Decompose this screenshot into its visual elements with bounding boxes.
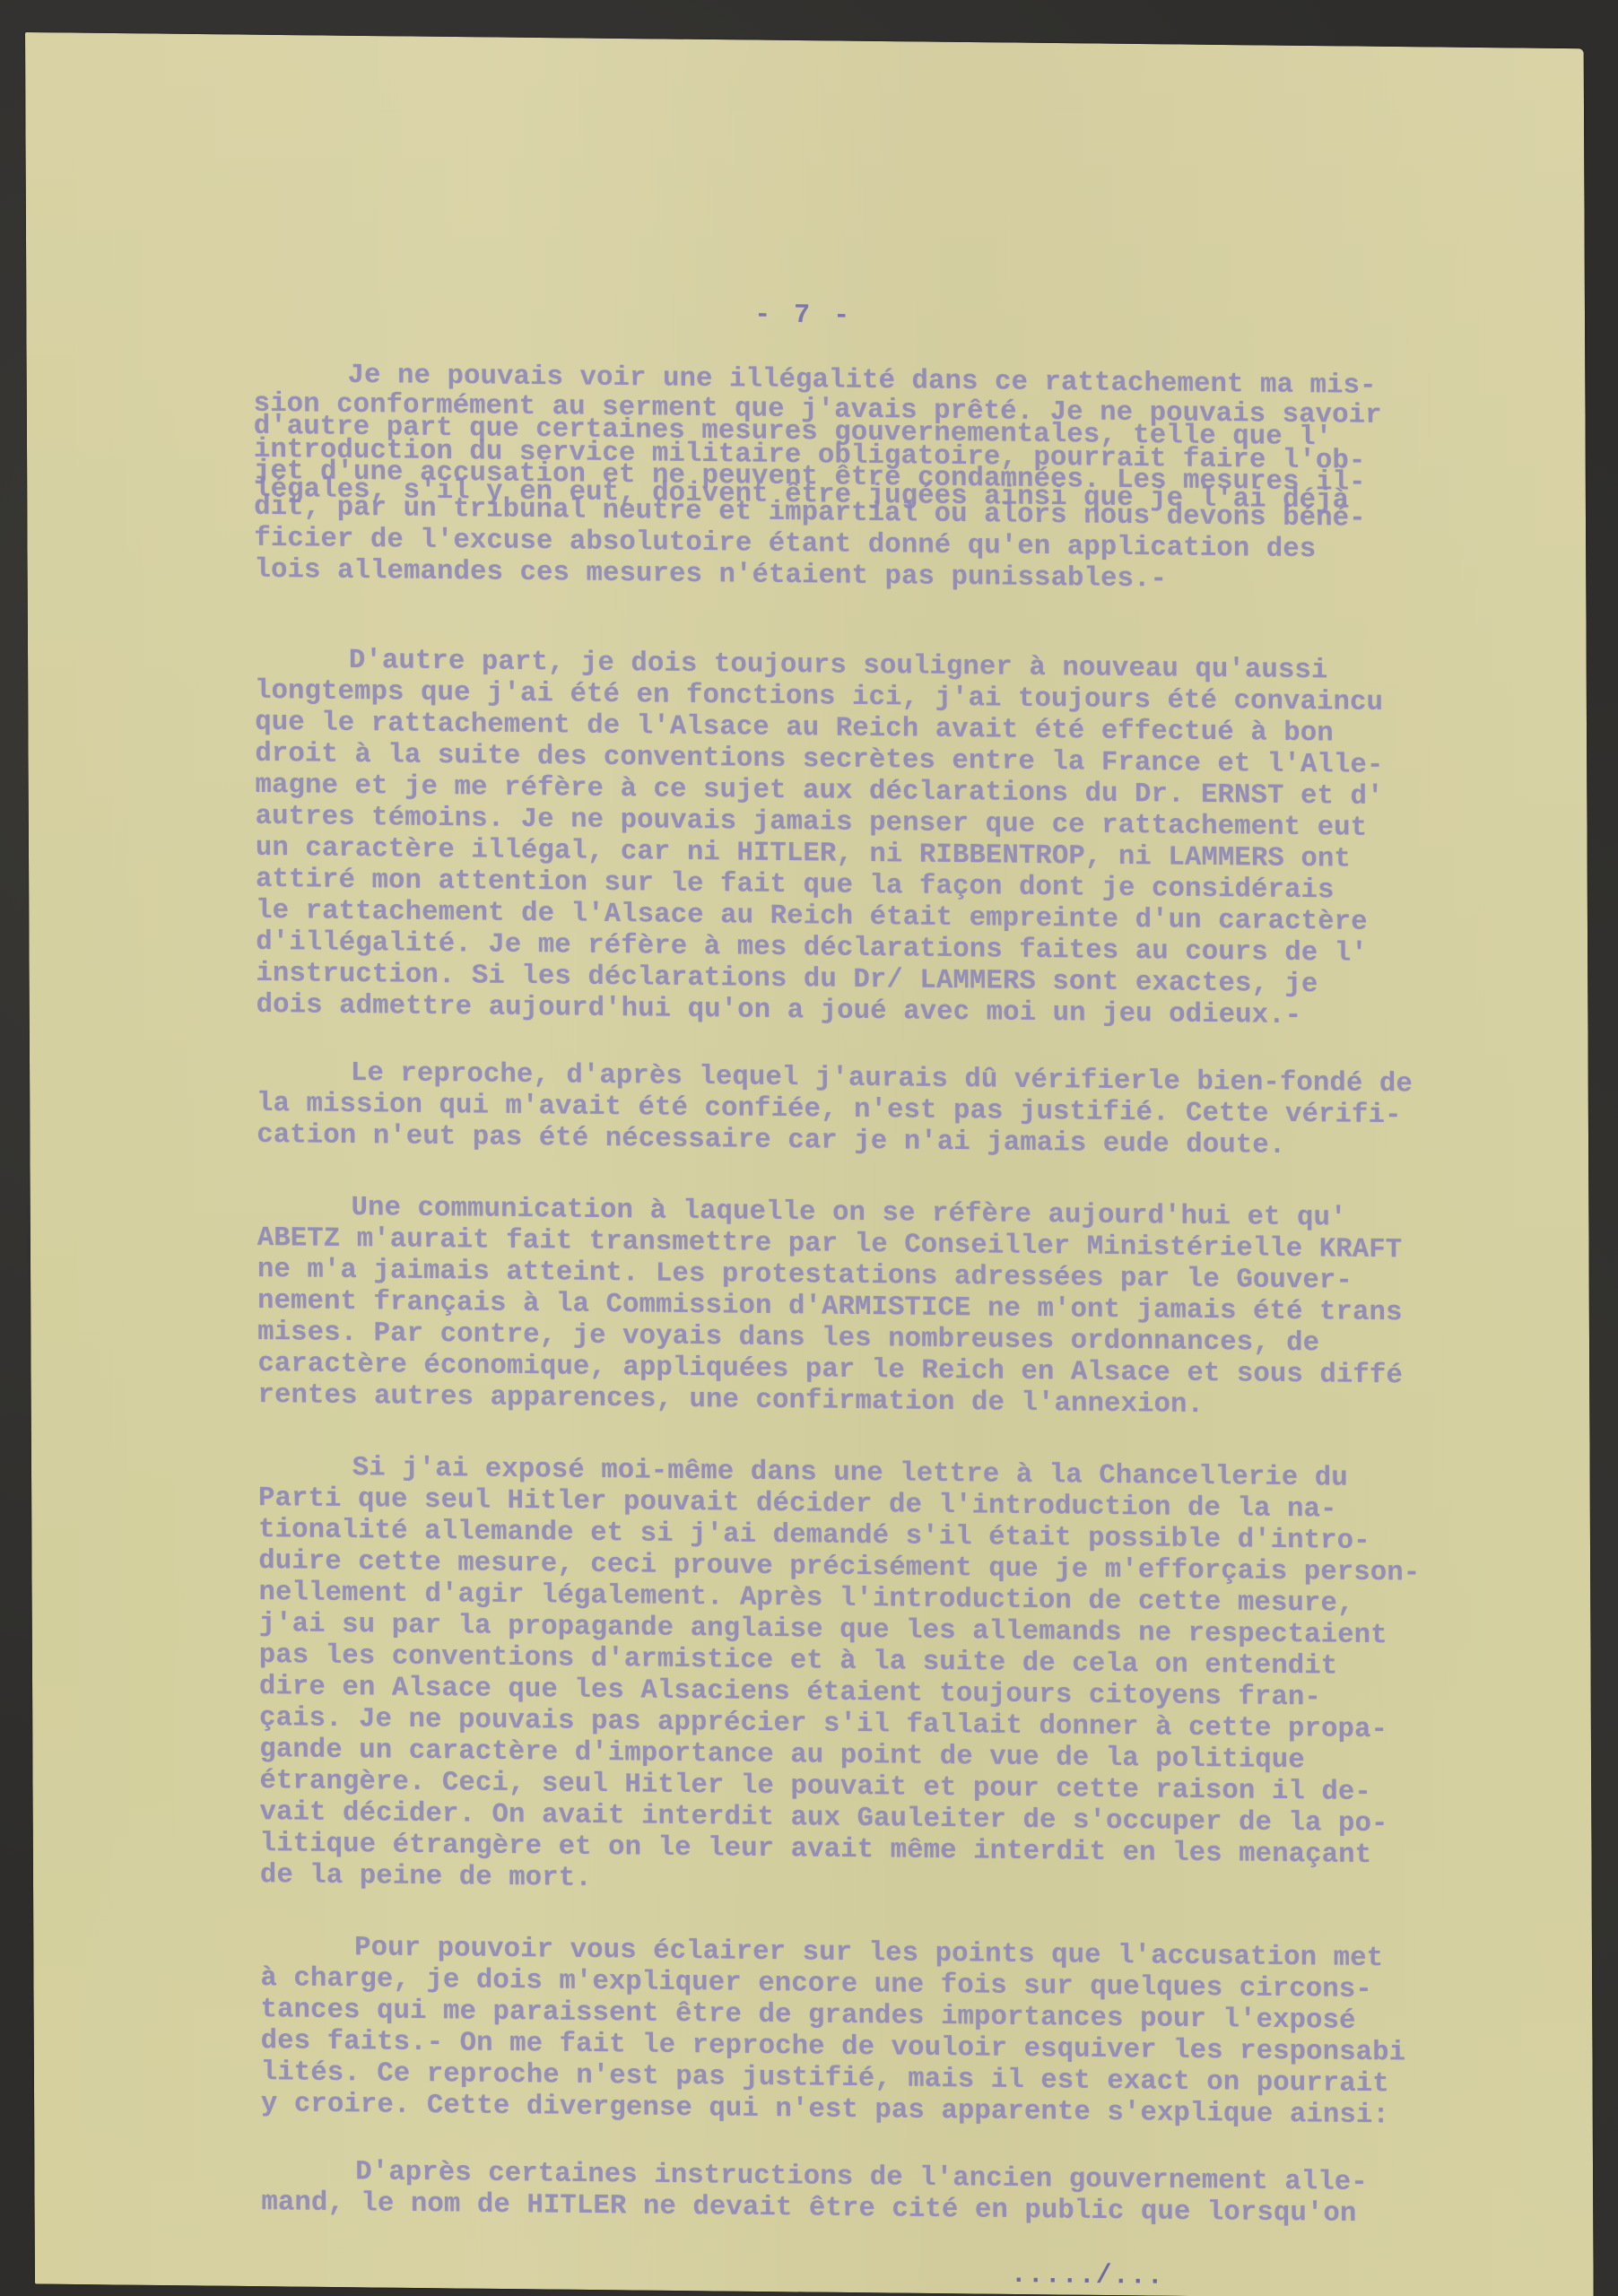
page-number: - 7 - (754, 300, 853, 332)
text-line: de la peine de mort. (260, 1860, 592, 1894)
document-body: Je ne pouvais voir une illégalité dans c… (252, 35, 1597, 49)
continuation-mark: ...../... (1011, 2260, 1164, 2292)
document-page: - 7 - Je ne pouvais voir une illégalité … (25, 32, 1594, 2296)
